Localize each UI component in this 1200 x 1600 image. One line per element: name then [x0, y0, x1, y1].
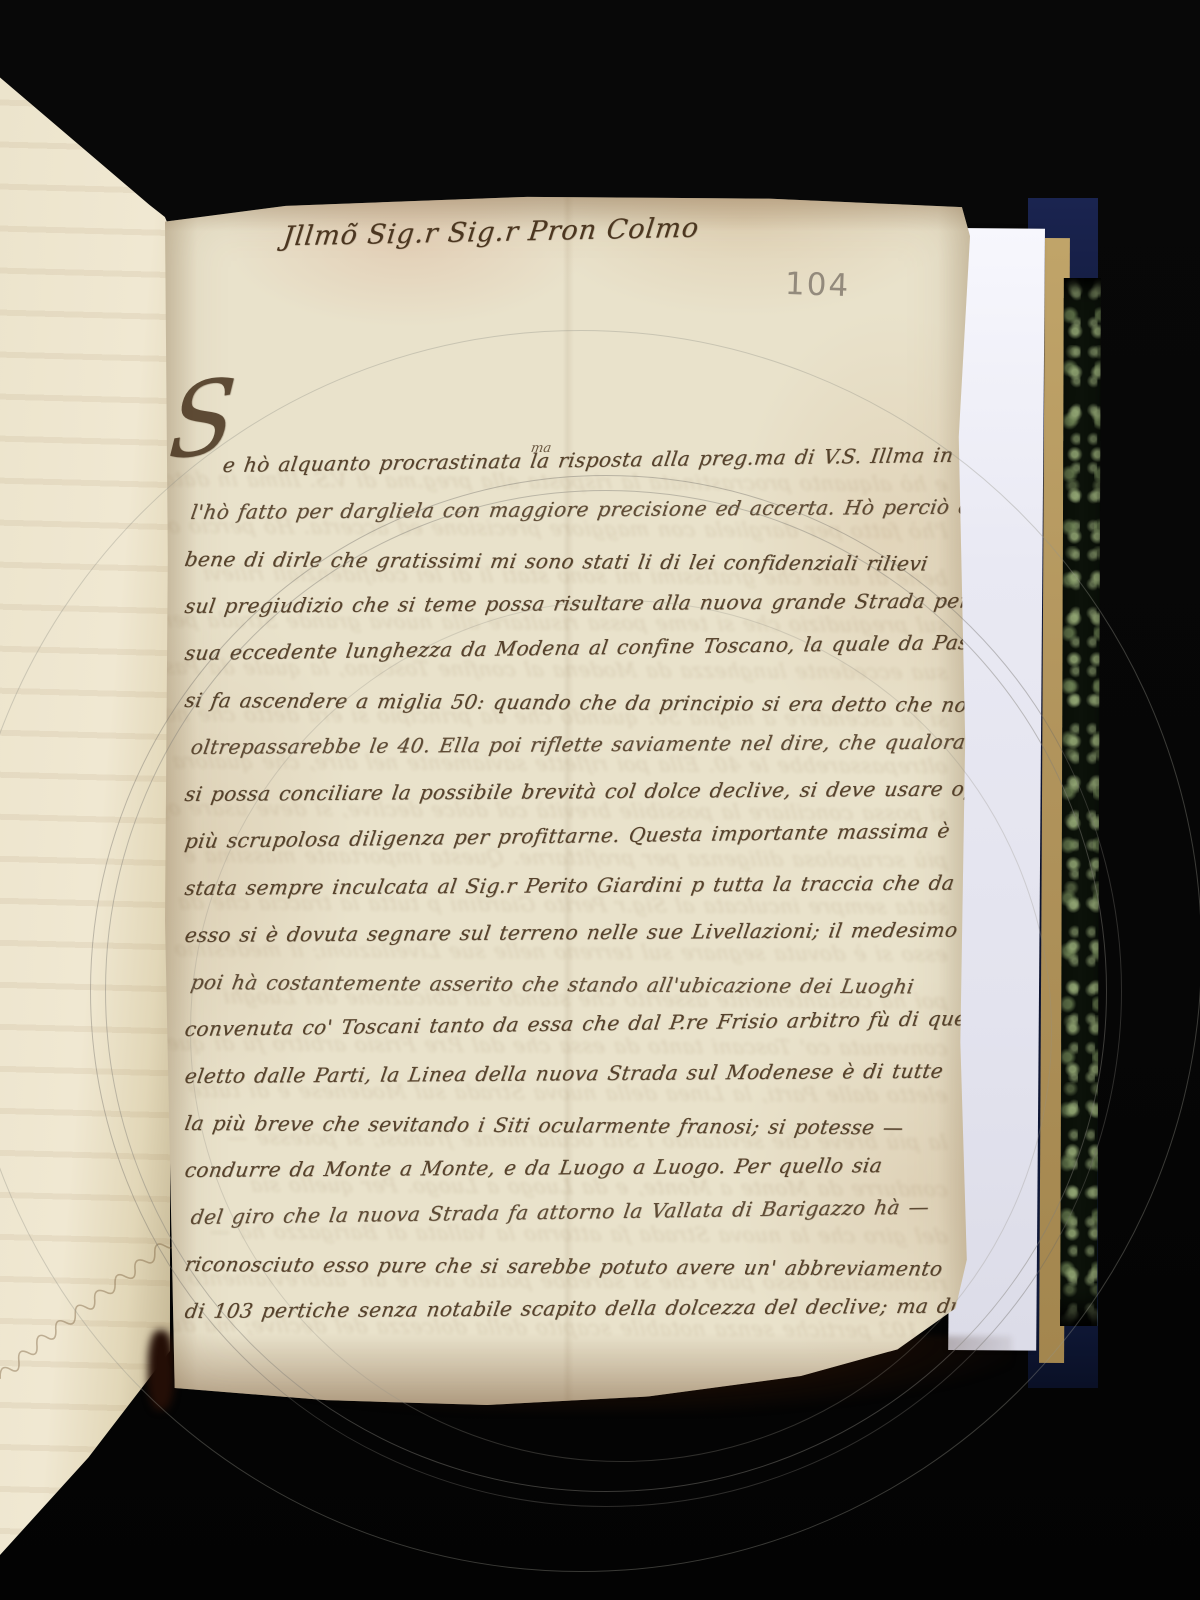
manuscript-line: convenuta co' Toscani tanto da essa che …	[183, 1006, 1000, 1041]
manuscript-line: sua eccedente lunghezza da Modena al con…	[183, 629, 1056, 665]
photo-of-bound-manuscript: 104 Jllmõ Sig.r Sig.r Pron Colmo S ma e …	[0, 0, 1200, 1600]
manuscript-line: sul pregiudizio che si teme possa risult…	[183, 588, 999, 618]
manuscript-line: si fa ascendere a miglia 50: quando che …	[183, 688, 982, 717]
manuscript-line: più scrupolosa diligenza per profittarne…	[183, 818, 951, 853]
manuscript-line: bene di dirle che gratissimi mi sono sta…	[183, 547, 930, 576]
manuscript-line: l'hò fatto per dargliela con maggiore pr…	[189, 494, 1017, 524]
manuscript-line: eletto dalle Parti, la Linea della nuova…	[183, 1059, 945, 1088]
manuscript-line: riconosciuto esso pure che si sarebbe po…	[183, 1252, 945, 1281]
manuscript-line: la più breve che sevitando i Siti ocular…	[183, 1111, 906, 1139]
manuscript-line: si possa conciliare la possibile brevità…	[183, 776, 999, 806]
manuscript-line: esso si è dovuta segnare sul terreno nel…	[183, 918, 959, 947]
manuscript-line: oltrepassarebbe le 40. Ella poi riflette…	[189, 730, 967, 759]
marbled-cover-edge	[1060, 278, 1101, 1326]
manuscript-line: di 103 pertiche senza notabile scapito d…	[183, 1293, 978, 1323]
letter-body: e hò alquanto procrastinata la risposta …	[185, 195, 947, 1405]
manuscript-line: poi hà costantemente asserito che stando…	[189, 970, 916, 998]
manuscript-line: stata sempre inculcata al Sig.r Perito G…	[183, 871, 956, 900]
manuscript-line: condurre da Monte a Monte, e da Luogo a …	[183, 1153, 884, 1182]
manuscript-page: 104 Jllmõ Sig.r Sig.r Pron Colmo S ma e …	[165, 195, 970, 1405]
gutter-shadow	[148, 1330, 174, 1410]
manuscript-line: del giro che la nuova Strada fa attorno …	[189, 1195, 931, 1229]
